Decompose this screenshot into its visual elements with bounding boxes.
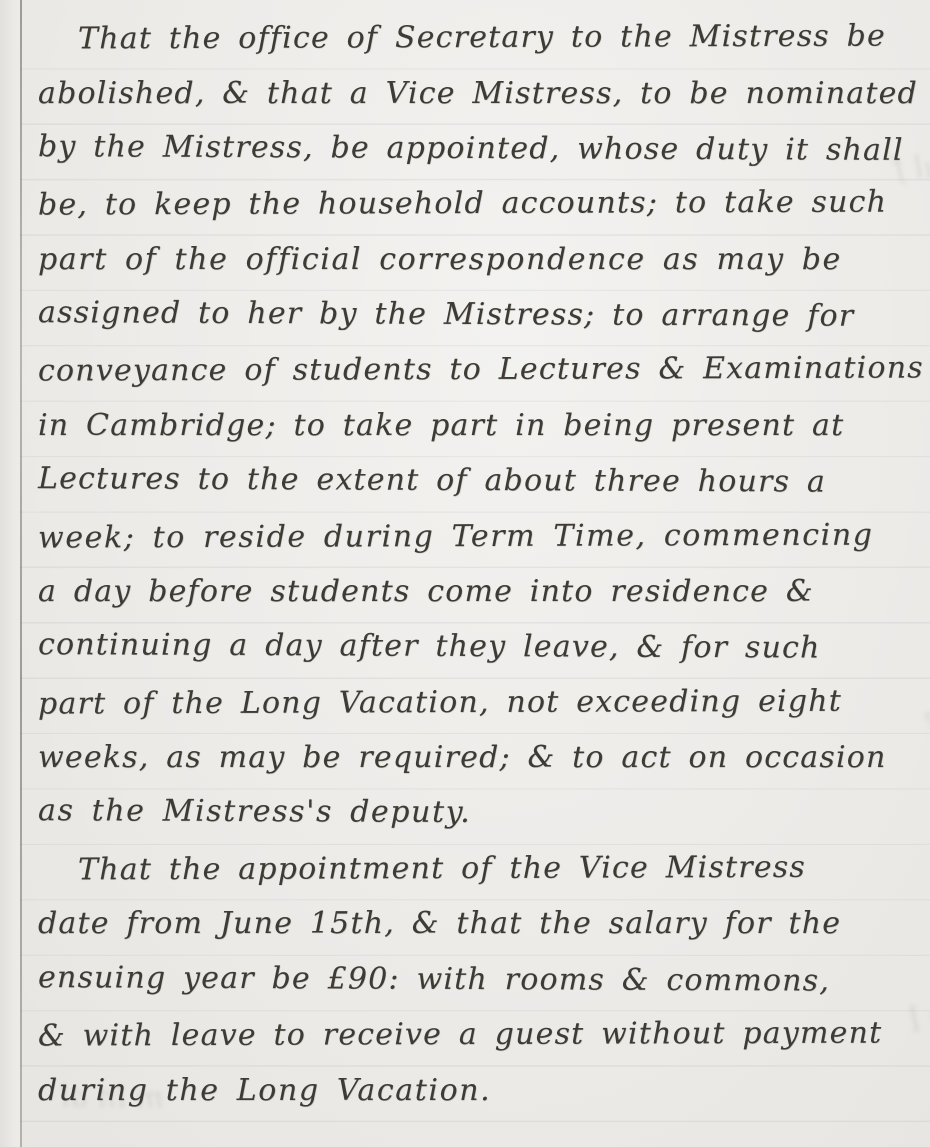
manuscript-line: part of the official correspondence as m… <box>38 232 912 287</box>
manuscript-line: as the Mistress's deputy. <box>38 784 912 843</box>
binding-crease-line <box>20 0 22 1147</box>
manuscript-line: a day before students come into residenc… <box>38 564 912 619</box>
manuscript-line: part of the Long Vacation, not exceeding… <box>38 673 912 731</box>
manuscript-line: be, to keep the household accounts; to t… <box>38 175 912 233</box>
manuscript-line: week; to reside during Term Time, commen… <box>38 507 912 565</box>
manuscript-line: weeks, as may be required; & to act on o… <box>38 730 912 785</box>
page-edge-strip <box>0 0 20 1147</box>
manuscript-line: conveyance of students to Lectures & Exa… <box>38 341 912 399</box>
manuscript-line: in Cambridge; to take part in being pres… <box>38 398 912 453</box>
manuscript-line: assigned to her by the Mistress; to arra… <box>38 285 912 344</box>
manuscript-line: Lectures to the extent of about three ho… <box>38 451 912 510</box>
manuscript-text: That the office of Secretary to the Mist… <box>38 10 912 1118</box>
ink-showthrough-mark: il ge <box>924 699 930 736</box>
manuscript-line: ensuing year be £90: with rooms & common… <box>38 950 912 1009</box>
manuscript-line: date from June 15th, & that the salary f… <box>38 896 912 951</box>
manuscript-page: e ul f il ge y l m ln al That the office… <box>0 0 930 1147</box>
manuscript-line: & with leave to receive a guest without … <box>38 1006 912 1064</box>
manuscript-line: during the Long Vacation. <box>38 1062 912 1117</box>
manuscript-line: abolished, & that a Vice Mistress, to be… <box>38 65 912 120</box>
manuscript-line: That the office of Secretary to the Mist… <box>38 8 912 66</box>
manuscript-line: by the Mistress, be appointed, whose dut… <box>38 119 912 178</box>
manuscript-line: That the appointment of the Vice Mistres… <box>38 839 912 897</box>
manuscript-line: continuing a day after they leave, & for… <box>38 617 912 676</box>
